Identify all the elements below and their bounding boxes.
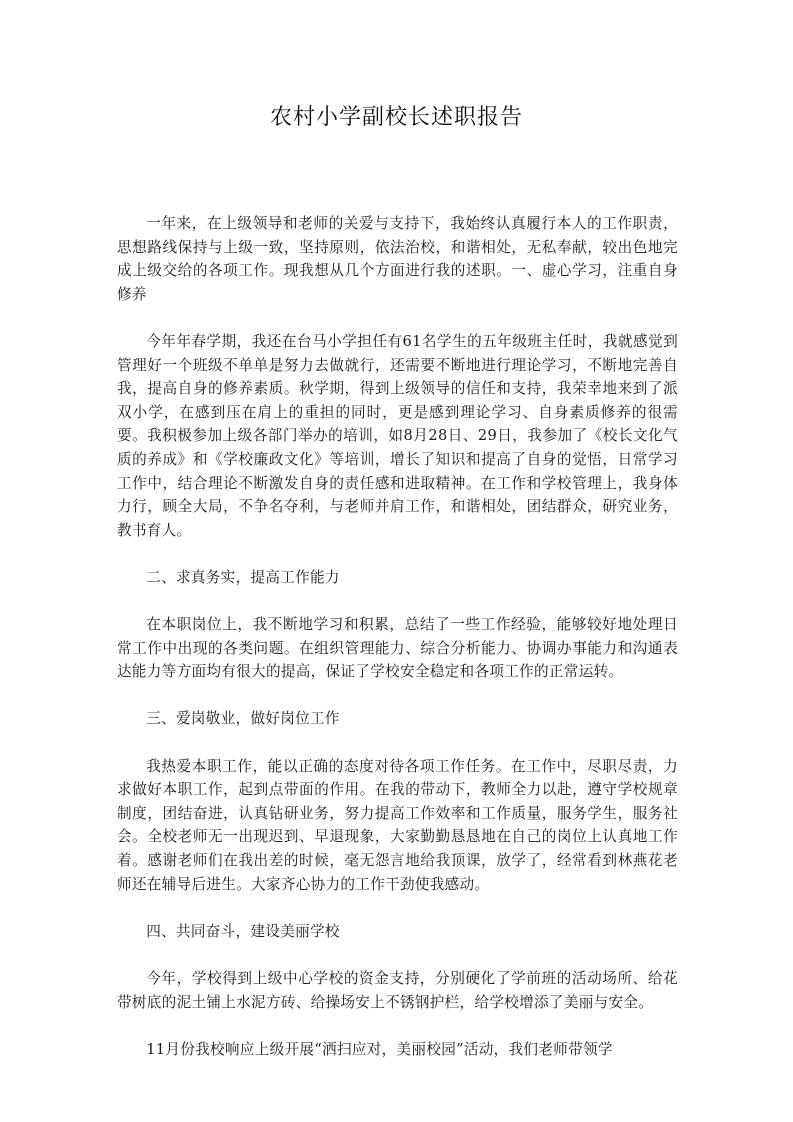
- paragraph-november: 11月份我校响应上级开展“洒扫应对，美丽校园”活动，我们老师带领学: [117, 1038, 678, 1062]
- paragraph-ability: 在本职岗位上，我不断地学习和积累，总结了一些工作经验，能够较好地处理日常工作中出…: [117, 613, 678, 684]
- document-page: 农村小学副校长述职报告 一年来，在上级领导和老师的关爱与支持下，我始终认真履行本…: [0, 0, 793, 1122]
- paragraph-funding: 今年，学校得到上级中心学校的资金支持，分别硬化了学前班的活动场所、给花带树底的泥…: [117, 967, 678, 1014]
- paragraph-study: 今年年春学期，我还在台马小学担任有61名学生的五年级班主任时，我就感觉到管理好一…: [117, 330, 678, 542]
- document-body: 一年来，在上级领导和老师的关爱与支持下，我始终认真履行本人的工作职责，思想路线保…: [117, 212, 678, 1085]
- paragraph-intro: 一年来，在上级领导和老师的关爱与支持下，我始终认真履行本人的工作职责，思想路线保…: [117, 212, 678, 306]
- section-heading-3: 三、爱岗敬业，做好岗位工作: [117, 707, 678, 731]
- document-title: 农村小学副校长述职报告: [0, 100, 793, 131]
- section-heading-2: 二、求真务实，提高工作能力: [117, 566, 678, 590]
- paragraph-dedication: 我热爱本职工作，能以正确的态度对待各项工作任务。在工作中，尽职尽责，力求做好本职…: [117, 755, 678, 897]
- section-heading-4: 四、共同奋斗，建设美丽学校: [117, 920, 678, 944]
